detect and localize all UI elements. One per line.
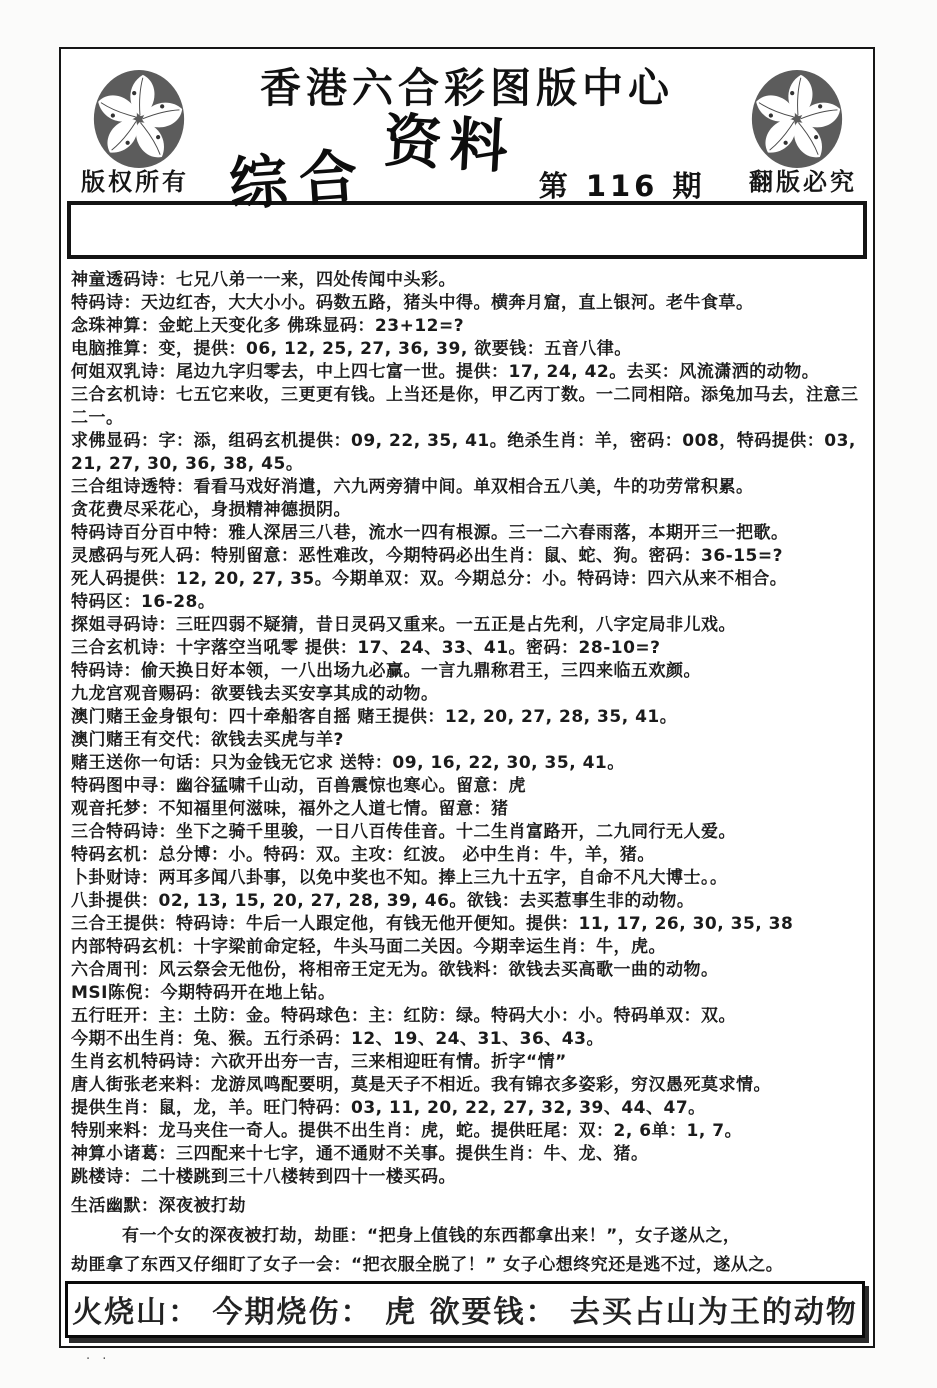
tip-line: 电脑推算：变，提供：06, 12, 25, 27, 36, 39, 欲要钱：五音… [71,338,865,361]
tip-line: 澳门赌王金身银句：四十牵船客自摇 赌王提供：12, 20, 27, 28, 35… [71,706,865,729]
issue-number: 第 116 期 [539,164,706,205]
tip-line: 神童透码诗：七兄八弟一一来，四处传闻中头彩。 [71,269,865,292]
tip-line: 特码区：16-28。 [71,591,865,614]
humor-section-title: 生活幽默：深夜被打劫 [71,1195,865,1218]
tip-line: 何姐双乳诗：尾边九字归零去，中上四七富一世。提供：17, 24, 42。去买：风… [71,361,865,384]
story-line: 有一个女的深夜被打劫，劫匪：“把身上值钱的东西都拿出来！”，女子遂从之， [71,1222,865,1251]
tip-line: 三合特码诗：坐下之骑千里骏，一日八百传佳音。十二生肖富路开，二九同行无人爱。 [71,821,865,844]
page-marks: · · [86,1352,110,1367]
tip-line: 卜卦财诗：两耳多闻八卦事，以免中奖也不知。捧上三九十五字，自命不凡大博士。。 [71,867,865,890]
tip-line: 赌王送你一句话：只为金钱无它求 送特：09, 16, 22, 30, 35, 4… [71,752,865,775]
tip-line: 唐人街张老来料：龙游凤鸣配要明，莫是天子不相近。我有锦衣多姿彩，穷汉愚死莫求情。 [71,1074,865,1097]
tip-line: 生肖玄机特码诗：六砍开出夯一吉，三来相迎旺有情。折字“情” [71,1051,865,1074]
tip-line: 灵感码与死人码：特别留意：恶性难改，今期特码必出生肖：鼠、蛇、狗。密码：36-1… [71,545,865,568]
tip-line: 六合周刊：风云祭会无他份，将相帝王定无为。欲钱料：欲钱去买高歌一曲的动物。 [71,959,865,982]
tip-line: 三合玄机诗：十字落空当吼零 提供：17、24、33、41。密码：28-10=? [71,637,865,660]
tip-line: MSI陈倪：今期特码开在地上钻。 [71,982,865,1005]
tip-line: 八卦提供：02, 13, 15, 20, 27, 28, 39, 46。欲钱：去… [71,890,865,913]
tip-line: 观音托梦：不知福里何滋味，福外之人道七情。留意：猪 [71,798,865,821]
tips-content: 神童透码诗：七兄八弟一一来，四处传闻中头彩。 特码诗：天边红杏，大大小小。码数五… [61,263,873,1309]
tip-line: 今期不出生肖：兔、猴。五行杀码：12、19、24、31、36、43。 [71,1028,865,1051]
tip-line: 九龙宫观音赐码：欲要钱去买安享其成的动物。 [71,683,865,706]
sheet-header: 香港六合彩图版中心 综合 资料 第 116 期 版权所有 翻版必究 [61,49,873,199]
tip-line: 澳门赌王有交代：欲钱去买虎与羊? [71,729,865,752]
tip-line: 特码图中寻：幽谷猛啸千山动，百兽震惊也寒心。留意：虎 [71,775,865,798]
tip-line: 特别来料：龙马夹住一奇人。提供不出生肖：虎，蛇。提供旺尾：双：2, 6单：1, … [71,1120,865,1143]
footer-banner: 火烧山： 今期烧伤： 虎 欲要钱： 去买占山为王的动物 [65,1281,865,1338]
tip-line: 特码诗：偷天换日好本领，一八出场九必赢。一言九鼎称君王，三四来临五欢颜。 [71,660,865,683]
tip-line: 特码诗：天边红杏，大大小小。码数五路，猪头中得。横奔月窟，直上银河。老牛食草。 [71,292,865,315]
tip-line: 三合组诗透特：看看马戏好消遣，六九两旁猜中间。单双相合五八美，牛的功劳常积累。 [71,476,865,499]
tip-line: 三合玄机诗：七五它来收，三更更有钱。上当还是你，甲乙丙丁数。一二同相陪。添兔加马… [71,384,865,430]
tip-line: 死人码提供：12, 20, 27, 35。今期单双：双。今期总分：小。特码诗：四… [71,568,865,591]
main-title-left: 综合 [226,128,372,222]
tip-line: 内部特码玄机：十字梁前命定轻，牛头马面二关因。今期幸运生肖：牛，虎。 [71,936,865,959]
main-title: 综合 资料 第 116 期 [61,89,873,173]
tip-line: 念珠神算：金蛇上天变化多 佛珠显码：23+12=? [71,315,865,338]
main-title-right: 资料 [382,94,518,185]
lottery-tip-sheet: 香港六合彩图版中心 综合 资料 第 116 期 版权所有 翻版必究 神童透码诗：… [59,47,875,1348]
results-box [67,201,867,259]
copyright-stamp-left: 版权所有 [81,162,189,197]
tip-line: 探姐寻码诗：三旺四弱不疑猜，昔日灵码又重来。一五正是占先利，八字定局非儿戏。 [71,614,865,637]
tip-line: 神算小诸葛：三四配来十七字，通不通财不关事。提供生肖：牛、龙、猪。 [71,1143,865,1166]
tip-line: 求佛显码：字：添，组码玄机提供：09, 22, 35, 41。绝杀生肖：羊，密码… [71,430,865,476]
footer-banner-text: 火烧山： 今期烧伤： 虎 欲要钱： 去买占山为王的动物 [72,1295,858,1330]
tip-line: 提供生肖：鼠，龙，羊。旺门特码：03, 11, 20, 22, 27, 32, … [71,1097,865,1120]
tip-line: 特码诗百分百中特：雅人深居三八巷，流水一四有根源。三一二六春雨落，本期开三一把歌… [71,522,865,545]
copyright-stamp-right: 翻版必究 [749,162,857,197]
tip-line: 特码玄机：总分博：小。特码：双。主攻：红波。 必中生肖：牛，羊，猪。 [71,844,865,867]
tip-line: 跳楼诗：二十楼跳到三十八楼转到四十一楼买码。 [71,1166,865,1189]
tip-line: 五行旺开：主：土防：金。特码球色：主：红防：绿。特码大小：小。特码单双：双。 [71,1005,865,1028]
story-line: 劫匪拿了东西又仔细盯了女子一会：“把衣服全脱了！” 女子心想终究还是逃不过，遂从… [71,1251,865,1280]
tip-line: 三合王提供：特码诗：牛后一人跟定他，有钱无他开便知。提供：11, 17, 26,… [71,913,865,936]
tip-line: 贪花费尽采花心，身损精神德损阴。 [71,499,865,522]
